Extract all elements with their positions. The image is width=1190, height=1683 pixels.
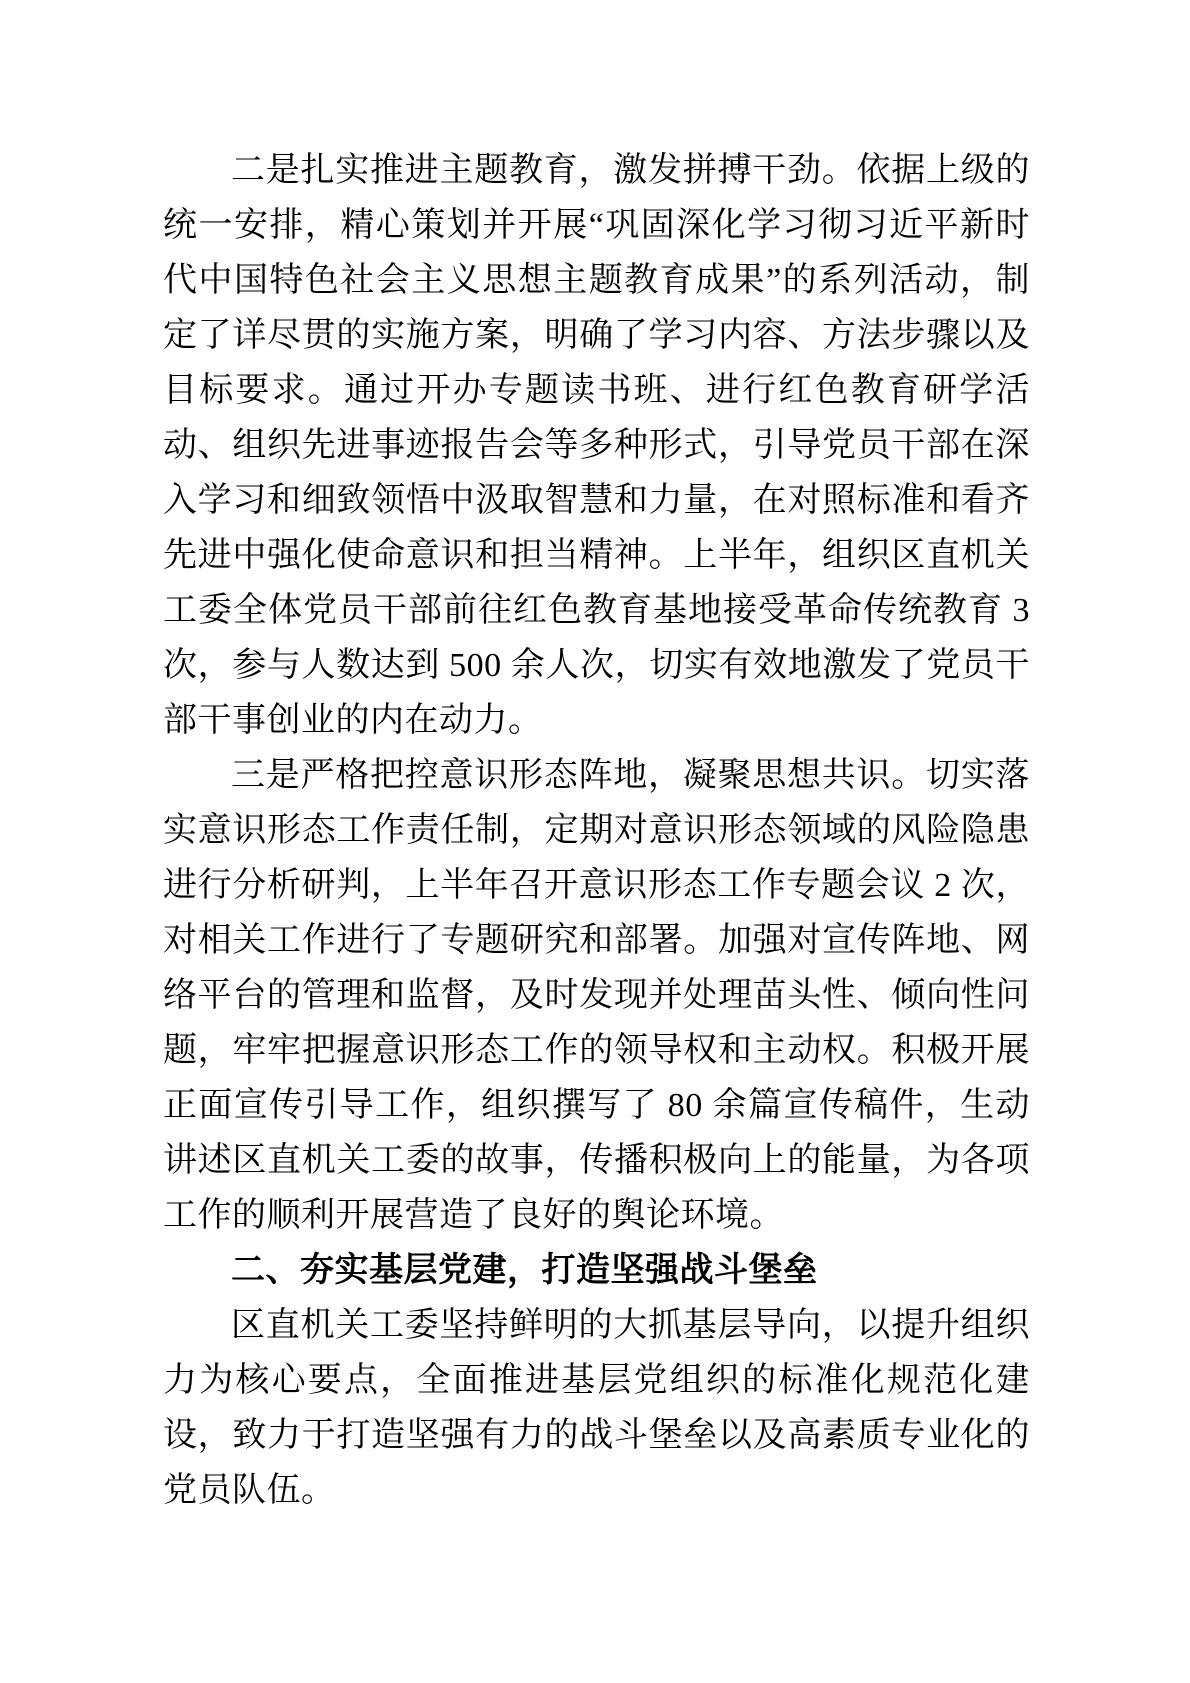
document-page: 二是扎实推进主题教育，激发拼搏干劲。依据上级的统一安排，精心策划并开展“巩固深化… [0,0,1190,1683]
paragraph-ideology-control: 三是严格把控意识形态阵地，凝聚思想共识。切实落实意识形态工作责任制，定期对意识形… [163,748,1030,1243]
paragraph-theme-education: 二是扎实推进主题教育，激发拼搏干劲。依据上级的统一安排，精心策划并开展“巩固深化… [163,143,1030,748]
paragraph-grassroots-party: 区直机关工委坚持鲜明的大抓基层导向，以提升组织力为核心要点，全面推进基层党组织的… [163,1298,1030,1518]
section-heading-party-building: 二、夯实基层党建，打造坚强战斗堡垒 [163,1243,1030,1298]
